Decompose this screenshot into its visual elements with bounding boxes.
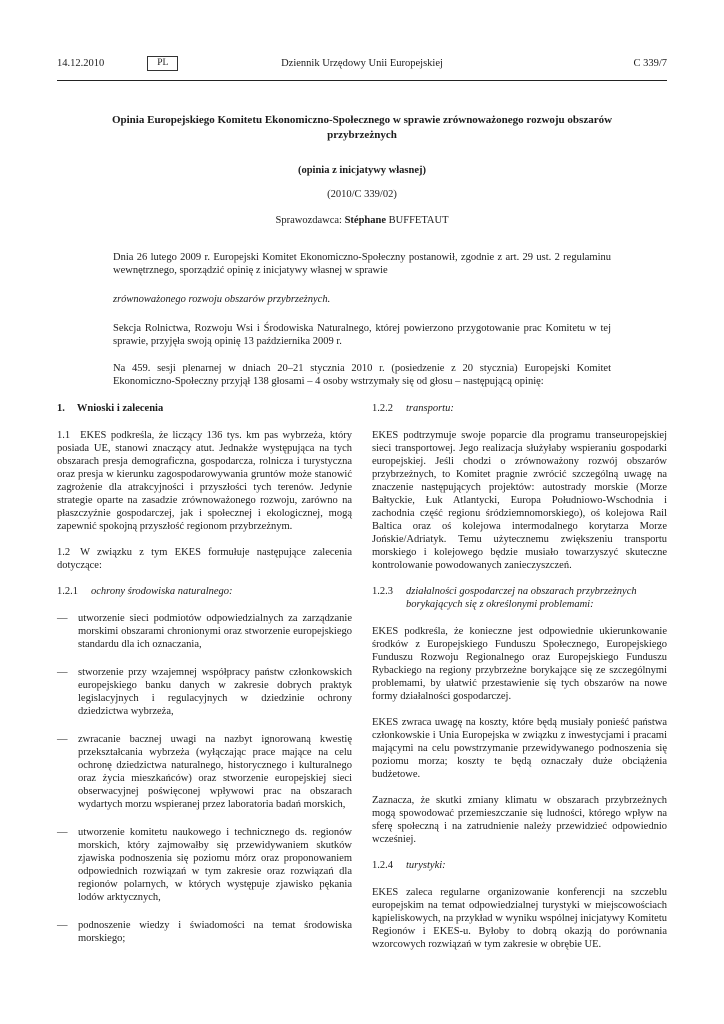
section-title: Wnioski i zalecenia bbox=[77, 402, 163, 415]
two-column-body: 1. Wnioski i zalecenia 1.1EKES podkreśla… bbox=[57, 402, 667, 964]
subsection-heading-1-2-3: 1.2.3 działalności gospodarczej na obsza… bbox=[372, 585, 667, 611]
paragraph-tourism: EKES zaleca regularne organizowanie konf… bbox=[372, 886, 667, 951]
subsection-title: działalności gospodarczej na obszarach p… bbox=[406, 585, 667, 611]
preamble-paragraph: Na 459. sesji plenarnej w dniach 20–21 s… bbox=[113, 362, 611, 388]
header-date: 14.12.2010 bbox=[57, 57, 104, 70]
section-number: 1. bbox=[57, 402, 65, 415]
page-reference: C 339/7 bbox=[633, 57, 667, 70]
right-column: 1.2.2 transportu: EKES podtrzymuje swoje… bbox=[372, 402, 667, 964]
rapporteur-label: Sprawozdawca: bbox=[275, 215, 341, 226]
section-heading-1: 1. Wnioski i zalecenia bbox=[57, 402, 352, 415]
paragraph-transport: EKES podtrzymuje swoje poparcie dla prog… bbox=[372, 429, 667, 572]
opinion-subtitle: (opinia z inicjatywy własnej) bbox=[57, 164, 667, 177]
paragraph-1-1: 1.1EKES podkreśla, że liczący 136 tys. k… bbox=[57, 429, 352, 533]
dash-marker: — bbox=[57, 666, 78, 718]
rapporteur-last-name: BUFFETAUT bbox=[389, 215, 449, 226]
subsection-number: 1.2.2 bbox=[372, 402, 393, 415]
list-item: — utworzenie sieci podmiotów odpowiedzia… bbox=[57, 612, 352, 651]
dash-marker: — bbox=[57, 826, 78, 904]
dash-marker: — bbox=[57, 612, 78, 651]
list-item: — podnoszenie wiedzy i świadomości na te… bbox=[57, 919, 352, 945]
opinion-title: Opinia Europejskiego Komitetu Ekonomiczn… bbox=[104, 113, 620, 143]
rapporteur-line: Sprawozdawca: Stéphane BUFFETAUT bbox=[57, 214, 667, 227]
rapporteur-first-name: Stéphane bbox=[345, 215, 386, 226]
preamble-paragraph: Sekcja Rolnictwa, Rozwoju Wsi i Środowis… bbox=[113, 322, 611, 348]
subsection-title: turystyki: bbox=[406, 859, 446, 872]
left-column: 1. Wnioski i zalecenia 1.1EKES podkreśla… bbox=[57, 402, 352, 964]
header-left: 14.12.2010 PL bbox=[57, 56, 178, 71]
list-item-text: stworzenie przy wzajemnej współpracy pań… bbox=[78, 666, 352, 718]
subsection-heading-1-2-4: 1.2.4 turystyki: bbox=[372, 859, 667, 872]
list-item: — zwracanie bacznej uwagi na nazbyt igno… bbox=[57, 733, 352, 811]
dash-marker: — bbox=[57, 733, 78, 811]
list-item-text: podnoszenie wiedzy i świadomości na tema… bbox=[78, 919, 352, 945]
language-code-box: PL bbox=[147, 56, 178, 71]
subsection-title: transportu: bbox=[406, 402, 454, 415]
subsection-heading-1-2-1: 1.2.1 ochrony środowiska naturalnego: bbox=[57, 585, 352, 598]
opinion-reference: (2010/C 339/02) bbox=[57, 188, 667, 201]
subsection-number: 1.2.4 bbox=[372, 859, 393, 872]
list-item-text: zwracanie bacznej uwagi na nazbyt ignoro… bbox=[78, 733, 352, 811]
paragraph-funds: EKES podkreśla, że konieczne jest odpowi… bbox=[372, 625, 667, 703]
subsection-number: 1.2.3 bbox=[372, 585, 393, 611]
paragraph-text: W związku z tym EKES formułuje następują… bbox=[57, 547, 352, 571]
subsection-title: ochrony środowiska naturalnego: bbox=[91, 585, 233, 598]
subsection-heading-1-2-2: 1.2.2 transportu: bbox=[372, 402, 667, 415]
list-item-text: utworzenie sieci podmiotów odpowiedzialn… bbox=[78, 612, 352, 651]
paragraph-costs: EKES zwraca uwagę na koszty, które będą … bbox=[372, 716, 667, 781]
paragraph-1-2: 1.2W związku z tym EKES formułuje następ… bbox=[57, 546, 352, 572]
title-block: Opinia Europejskiego Komitetu Ekonomiczn… bbox=[57, 113, 667, 227]
page-header: 14.12.2010 PL Dziennik Urzędowy Unii Eur… bbox=[57, 56, 667, 81]
list-item-text: utworzenie komitetu naukowego i technicz… bbox=[78, 826, 352, 904]
subsection-number: 1.2.1 bbox=[57, 585, 78, 598]
preamble: Dnia 26 lutego 2009 r. Europejski Komite… bbox=[113, 251, 611, 388]
list-item: — stworzenie przy wzajemnej współpracy p… bbox=[57, 666, 352, 718]
paragraph-text: EKES podkreśla, że liczący 136 tys. km p… bbox=[57, 430, 352, 532]
paragraph-number: 1.2 bbox=[57, 547, 70, 558]
preamble-paragraph: Dnia 26 lutego 2009 r. Europejski Komite… bbox=[113, 251, 611, 277]
list-item: — utworzenie komitetu naukowego i techni… bbox=[57, 826, 352, 904]
opinion-subject-line: zrównoważonego rozwoju obszarów przybrze… bbox=[113, 293, 611, 306]
paragraph-climate: Zaznacza, że skutki zmiany klimatu w obs… bbox=[372, 794, 667, 846]
paragraph-number: 1.1 bbox=[57, 430, 70, 441]
dash-marker: — bbox=[57, 919, 78, 945]
journal-page: 14.12.2010 PL Dziennik Urzędowy Unii Eur… bbox=[0, 0, 724, 1024]
